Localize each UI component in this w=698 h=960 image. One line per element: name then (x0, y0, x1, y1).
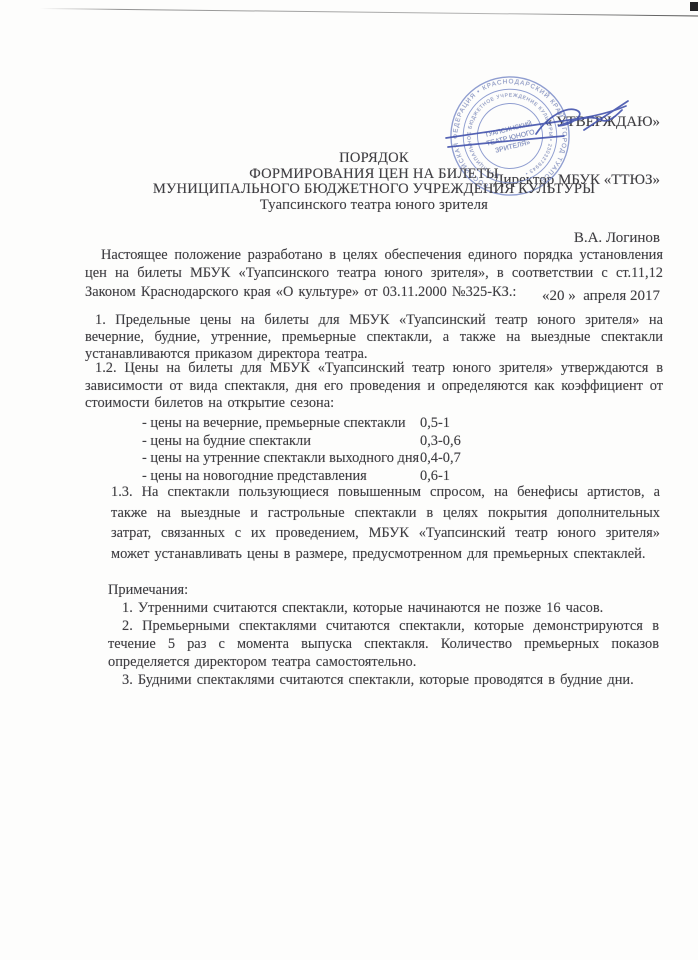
title-line-3: МУНИЦИПАЛЬНОГО БЮДЖЕТНОГО УЧРЕЖДЕНИЯ КУЛ… (85, 182, 663, 198)
paragraph-intro: Настоящее положение разработано в целях … (85, 246, 663, 301)
price-value: 0,5-1 (420, 415, 500, 433)
scanned-document-page: « УТВЕРЖДАЮ» Директор МБУК «ТТЮЗ» В.А. Л… (0, 0, 698, 960)
price-row: - цены на вечерние, премьерные спектакли… (85, 415, 663, 433)
notes-section: Примечания: 1. Утренними считаются спект… (108, 581, 659, 690)
price-coefficient-list: - цены на вечерние, премьерные спектакли… (85, 415, 663, 485)
price-value: 0,4-0,7 (420, 450, 500, 468)
scan-artifact-corner-mark (690, 2, 698, 11)
scan-artifact-line (40, 8, 698, 16)
price-label: - цены на вечерние, премьерные спектакли (142, 415, 420, 433)
signature-stroke-tail (584, 101, 628, 130)
paragraph-item-1-3: 1.3. На спектакли пользующиеся повышенны… (111, 482, 660, 564)
price-row: - цены на утренние спектакли выходного д… (85, 450, 663, 468)
document-title: ПОРЯДОК ФОРМИРОВАНИЯ ЦЕН НА БИЛЕТЫ МУНИЦ… (85, 151, 663, 214)
paragraph-item-1: 1. Предельные цены на билеты для МБУК «Т… (85, 312, 663, 363)
price-row: - цены на будние спектакли 0,3-0,6 (85, 433, 663, 451)
director-signature (438, 92, 630, 158)
paragraph-item-1-2: 1.2. Цены на билеты для МБУК «Туапсински… (85, 360, 663, 413)
title-line-1: ПОРЯДОК (85, 151, 663, 167)
price-label: - цены на утренние спектакли выходного д… (142, 450, 420, 468)
title-line-4: Туапсинского театра юного зрителя (85, 198, 663, 214)
price-label: - цены на будние спектакли (142, 433, 420, 451)
signature-stroke-under (448, 136, 564, 147)
title-line-2: ФОРМИРОВАНИЯ ЦЕН НА БИЛЕТЫ (85, 167, 663, 183)
note-3: 3. Будними спектаклями считаются спектак… (108, 671, 659, 689)
notes-heading: Примечания: (108, 581, 659, 599)
note-2: 2. Премьерными спектаклями считаются спе… (108, 617, 659, 671)
price-value: 0,3-0,6 (420, 433, 500, 451)
note-1: 1. Утренними считаются спектакли, которы… (108, 599, 659, 617)
